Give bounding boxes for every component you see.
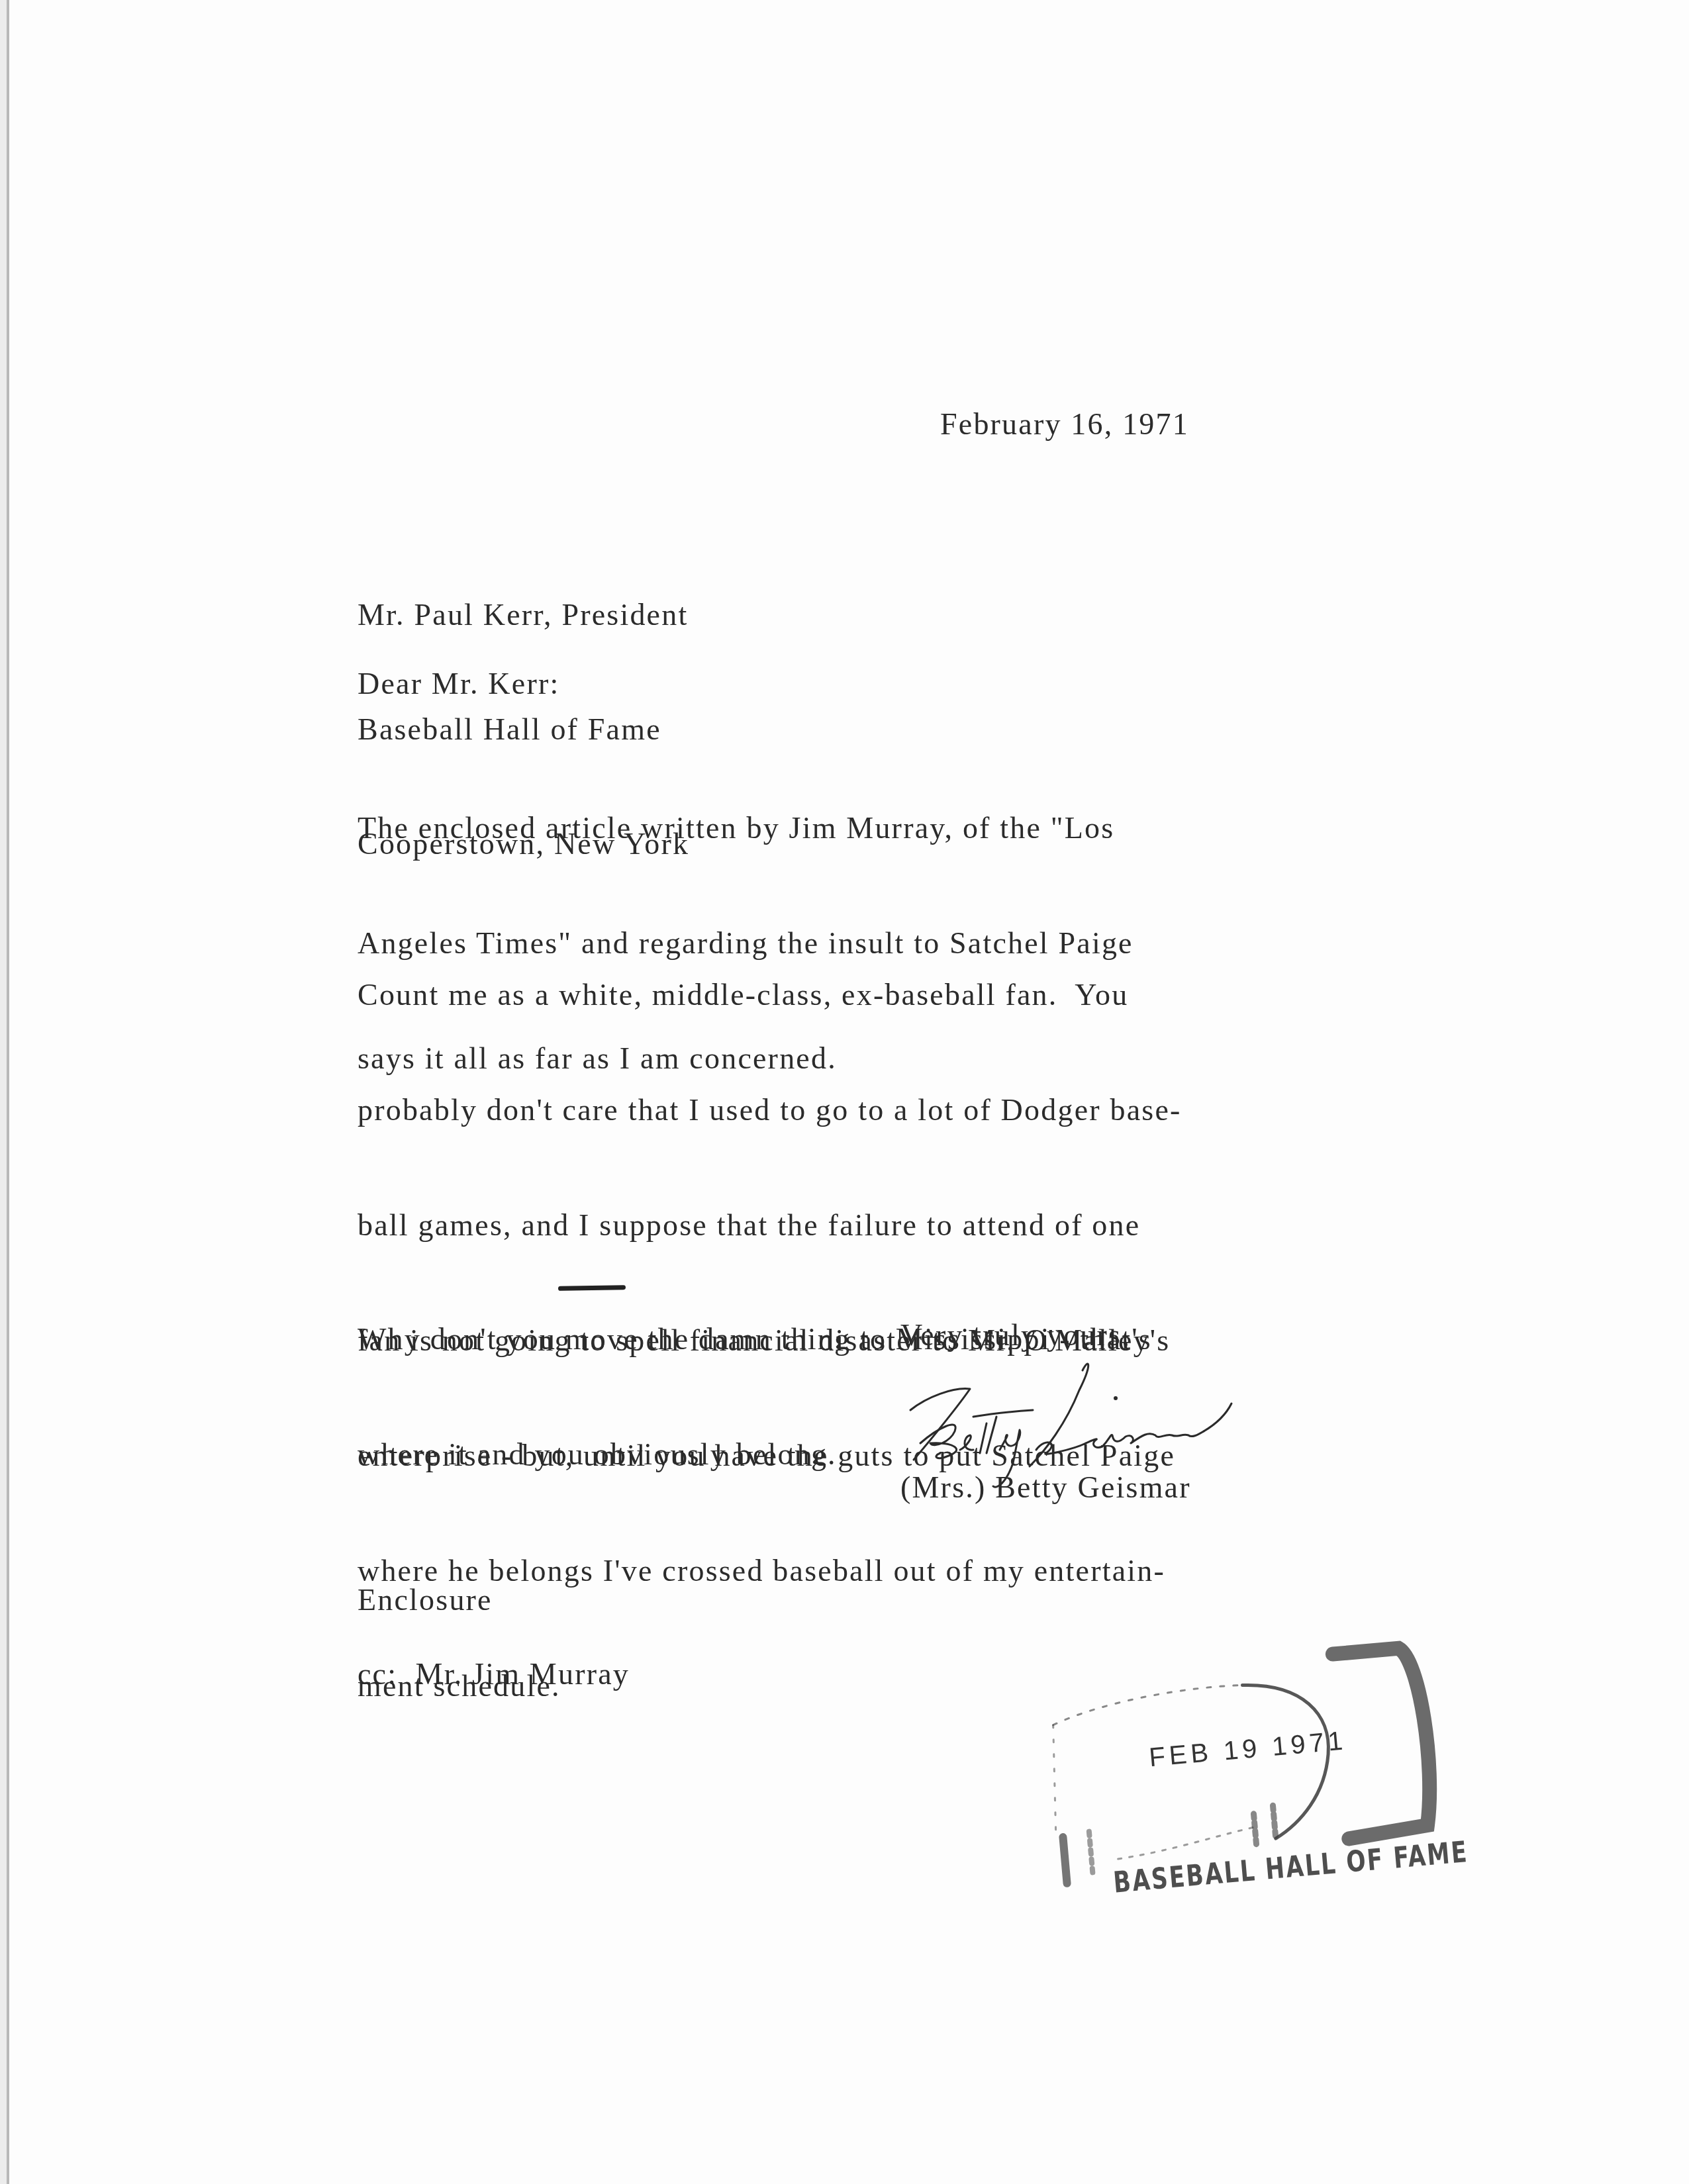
received-stamp: FEB 19 1971 BASEBALL HALL OF FAME: [1022, 1630, 1481, 1945]
paragraph-line: ball games, and I suppose that the failu…: [358, 1206, 1182, 1245]
salutation: Dear Mr. Kerr:: [358, 665, 559, 703]
paragraph-line: The enclosed article written by Jim Murr…: [358, 809, 1134, 847]
page-edge-line: [7, 0, 9, 2184]
address-line: Mr. Paul Kerr, President: [358, 596, 689, 634]
typed-signer-name: (Mrs.) Betty Geismar: [900, 1468, 1191, 1507]
paragraph-line: probably don't care that I used to go to…: [358, 1091, 1182, 1129]
enclosure-note: Enclosure: [358, 1581, 493, 1619]
cc-line: cc: Mr. Jim Murray: [358, 1655, 630, 1693]
paragraph-line: Count me as a white, middle-class, ex-ba…: [358, 976, 1182, 1014]
letter-date: February 16, 1971: [940, 405, 1189, 444]
letter-page: February 16, 1971 Mr. Paul Kerr, Preside…: [0, 0, 1689, 2184]
stamp-frame-icon: [1022, 1630, 1481, 1945]
page-edge-shadow: [0, 0, 7, 2184]
closing: Very truly yours,: [900, 1316, 1131, 1354]
